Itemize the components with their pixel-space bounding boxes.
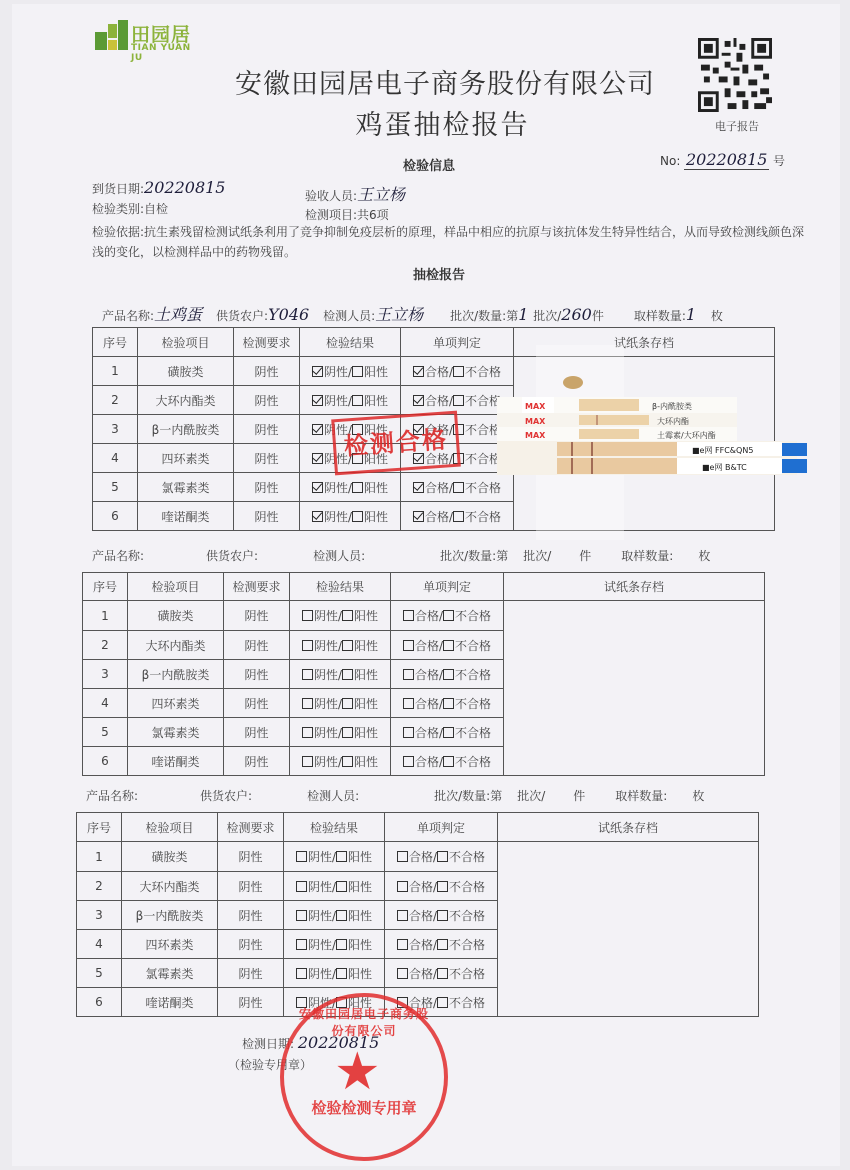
positive-label: 阳性: [354, 755, 378, 769]
pass-checkbox[interactable]: [397, 968, 408, 979]
table-row: 1磺胺类阴性阴性/阳性合格/不合格: [77, 842, 759, 872]
pass-label: 合格: [415, 755, 439, 769]
pass-checkbox[interactable]: [403, 610, 414, 621]
table-header-row: 序号检验项目检测要求检验结果单项判定试纸条存档: [77, 813, 759, 842]
column-header: 序号: [83, 573, 128, 601]
result-cell: 阴性/阳性: [284, 959, 385, 988]
basis-label: 检验依据:: [92, 225, 144, 239]
positive-checkbox[interactable]: [342, 698, 353, 709]
result-cell: 阴性/阳性: [300, 473, 401, 502]
batch_no-value: 1: [518, 305, 533, 324]
pass-label: 合格: [409, 880, 433, 894]
positive-label: 阳性: [364, 510, 388, 524]
negative-checkbox[interactable]: [296, 910, 307, 921]
inspector-label: 检测人员:: [313, 549, 365, 563]
table-row: 1磺胺类阴性阴性/阳性合格/不合格: [83, 601, 765, 631]
negative-checkbox[interactable]: [296, 968, 307, 979]
receiver-label: 验收人员:: [305, 189, 357, 203]
positive-checkbox[interactable]: [342, 669, 353, 680]
seal-bottom-text: 检验检测专用章: [284, 1097, 444, 1118]
pass-label: 合格: [415, 668, 439, 682]
batch-mid-label: 批次/: [517, 789, 545, 803]
batch-label: 批次/数量:第: [434, 789, 502, 803]
negative-checkbox[interactable]: [296, 851, 307, 862]
fail-label: 不合格: [449, 880, 485, 894]
positive-checkbox[interactable]: [342, 640, 353, 651]
arrival-date: 到货日期:20220815: [92, 178, 225, 197]
test-item: 氯霉素类: [128, 718, 224, 747]
result-cell: 阴性/阳性: [290, 689, 391, 718]
fail-label: 不合格: [465, 481, 501, 495]
fail-checkbox[interactable]: [437, 939, 448, 950]
items-value: 共6项: [357, 208, 389, 222]
negative-checkbox[interactable]: [302, 727, 313, 738]
requirement: 阴性: [218, 959, 284, 988]
column-header: 单项判定: [385, 813, 498, 842]
sample-unit: 枚: [711, 309, 723, 323]
positive-checkbox[interactable]: [342, 610, 353, 621]
judge-cell: 合格/不合格: [385, 872, 498, 901]
test-item: 磺胺类: [128, 601, 224, 631]
pass-label: 合格: [409, 967, 433, 981]
fail-checkbox[interactable]: [453, 511, 464, 522]
official-seal: 安徽田园居电子商务股份有限公司 ★ 检验检测专用章: [280, 993, 448, 1161]
result-cell: 阴性/阳性: [300, 357, 401, 386]
pass-checkbox[interactable]: [403, 640, 414, 651]
negative-label: 阴性: [308, 938, 332, 952]
positive-label: 阳性: [354, 697, 378, 711]
fail-checkbox[interactable]: [443, 669, 454, 680]
positive-checkbox[interactable]: [336, 939, 347, 950]
positive-label: 阳性: [364, 394, 388, 408]
strip-archive-cell: [504, 601, 765, 776]
negative-label: 阴性: [324, 510, 348, 524]
positive-checkbox[interactable]: [336, 968, 347, 979]
report-number-suffix: 号: [773, 154, 785, 168]
positive-checkbox[interactable]: [352, 482, 363, 493]
pass-label: 合格: [425, 365, 449, 379]
fail-label: 不合格: [449, 967, 485, 981]
supplier-label: 供货农户:: [200, 789, 252, 803]
negative-label: 阴性: [314, 609, 338, 623]
negative-label: 阴性: [308, 850, 332, 864]
judge-cell: 合格/不合格: [391, 631, 504, 660]
requirement: 阴性: [218, 930, 284, 959]
requirement: 阴性: [224, 718, 290, 747]
pass-label: 合格: [425, 394, 449, 408]
arrival-date-value: 20220815: [144, 178, 225, 197]
fail-checkbox[interactable]: [453, 395, 464, 406]
positive-label: 阳性: [348, 850, 372, 864]
negative-checkbox[interactable]: [296, 881, 307, 892]
table-header-row: 序号检验项目检测要求检验结果单项判定试纸条存档: [93, 328, 775, 357]
fail-checkbox[interactable]: [453, 366, 464, 377]
product-value: 土鸡蛋: [154, 302, 216, 325]
column-header: 检验结果: [284, 813, 385, 842]
positive-label: 阳性: [348, 967, 372, 981]
column-header: 序号: [77, 813, 122, 842]
column-header: 检验项目: [138, 328, 234, 357]
sample-label: 取样数量:: [615, 789, 667, 803]
pass-label: 合格: [409, 909, 433, 923]
requirement: 阴性: [234, 473, 300, 502]
row-number: 6: [77, 988, 122, 1017]
judge-cell: 合格/不合格: [401, 502, 514, 531]
positive-label: 阳性: [364, 365, 388, 379]
result-cell: 阴性/阳性: [284, 872, 385, 901]
company-logo: 田园居 TIAN YUAN JU: [95, 20, 205, 56]
pass-checkbox[interactable]: [397, 910, 408, 921]
judge-cell: 合格/不合格: [385, 959, 498, 988]
result-cell: 阴性/阳性: [284, 901, 385, 930]
column-header: 检测要求: [234, 328, 300, 357]
inspection-category: 检验类别:自检: [92, 200, 168, 217]
negative-label: 阴性: [324, 365, 348, 379]
judge-cell: 合格/不合格: [391, 747, 504, 776]
test-item: 四环素类: [128, 689, 224, 718]
requirement: 阴性: [218, 842, 284, 872]
judge-cell: 合格/不合格: [391, 689, 504, 718]
column-header: 检验结果: [300, 328, 401, 357]
report-number-value: 20220815: [684, 150, 769, 170]
batch-label: 批次/数量:第: [450, 309, 518, 323]
svg-text:■e网 FFC&QN5: ■e网 FFC&QN5: [692, 446, 753, 455]
row-number: 3: [77, 901, 122, 930]
fail-label: 不合格: [449, 996, 485, 1010]
batch-unit: 件: [573, 789, 585, 803]
negative-label: 阴性: [314, 639, 338, 653]
negative-label: 阴性: [314, 726, 338, 740]
fail-checkbox[interactable]: [443, 727, 454, 738]
report-section-title: 抽检报告: [413, 264, 465, 283]
seal-ring-text: 安徽田园居电子商务股份有限公司: [294, 1005, 434, 1039]
requirement: 阴性: [218, 988, 284, 1017]
fail-label: 不合格: [465, 365, 501, 379]
star-icon: ★: [334, 1042, 381, 1102]
supplier-label: 供货农户:: [216, 309, 268, 323]
inspector-value: 王立杨: [375, 302, 450, 325]
fail-checkbox[interactable]: [437, 997, 448, 1008]
negative-checkbox[interactable]: [302, 640, 313, 651]
pass-checkbox[interactable]: [403, 698, 414, 709]
row-number: 2: [83, 631, 128, 660]
inspection-table: 序号检验项目检测要求检验结果单项判定试纸条存档1磺胺类阴性阴性/阳性合格/不合格…: [76, 812, 759, 1017]
positive-label: 阳性: [354, 668, 378, 682]
requirement: 阴性: [234, 415, 300, 444]
pass-stamp: 检测合格: [331, 411, 461, 476]
result-cell: 阴性/阳性: [290, 601, 391, 631]
pass-checkbox[interactable]: [413, 511, 424, 522]
negative-checkbox[interactable]: [312, 482, 323, 493]
inspector-label: 检测人员:: [307, 789, 359, 803]
fail-label: 不合格: [455, 639, 491, 653]
report-number-label: No:: [660, 154, 680, 168]
table-header-row: 序号检验项目检测要求检验结果单项判定试纸条存档: [83, 573, 765, 601]
pass-checkbox[interactable]: [413, 395, 424, 406]
positive-checkbox[interactable]: [342, 727, 353, 738]
test-item: 氯霉素类: [122, 959, 218, 988]
requirement: 阴性: [224, 660, 290, 689]
test-item: 磺胺类: [122, 842, 218, 872]
svg-text:大环内酯: 大环内酯: [657, 416, 689, 426]
pass-label: 合格: [409, 938, 433, 952]
sample-fragment: [563, 376, 583, 389]
row-number: 5: [77, 959, 122, 988]
row-number: 1: [83, 601, 128, 631]
column-header: 序号: [93, 328, 138, 357]
test-item: 磺胺类: [138, 357, 234, 386]
row-number: 6: [93, 502, 138, 531]
column-header: 检测要求: [218, 813, 284, 842]
result-cell: 阴性/阳性: [284, 930, 385, 959]
negative-label: 阴性: [308, 967, 332, 981]
logo-text-en: TIAN YUAN JU: [131, 43, 205, 63]
fail-checkbox[interactable]: [443, 640, 454, 651]
negative-checkbox[interactable]: [312, 424, 323, 435]
judge-cell: 合格/不合格: [391, 660, 504, 689]
result-cell: 阴性/阳性: [290, 747, 391, 776]
receiver: 验收人员:王立杨: [305, 182, 405, 205]
test-item: 氯霉素类: [138, 473, 234, 502]
table-row: 1磺胺类阴性阴性/阳性合格/不合格: [93, 357, 775, 386]
row-number: 4: [83, 689, 128, 718]
negative-checkbox[interactable]: [296, 939, 307, 950]
requirement: 阴性: [224, 747, 290, 776]
fail-label: 不合格: [455, 697, 491, 711]
positive-label: 阳性: [364, 481, 388, 495]
positive-checkbox[interactable]: [342, 756, 353, 767]
sample-label: 取样数量:: [634, 309, 686, 323]
result-cell: 阴性/阳性: [290, 631, 391, 660]
svg-text:MAX: MAX: [525, 417, 546, 426]
supplier-value: Y046: [268, 305, 323, 324]
items-label: 检测项目:: [305, 208, 357, 222]
row-number: 4: [93, 444, 138, 473]
category-label: 检验类别:: [92, 202, 144, 216]
svg-text:MAX: MAX: [525, 402, 546, 411]
fail-label: 不合格: [449, 938, 485, 952]
test-item: β一内酰胺类: [128, 660, 224, 689]
fail-checkbox[interactable]: [453, 482, 464, 493]
fail-label: 不合格: [465, 423, 501, 437]
requirement: 阴性: [218, 872, 284, 901]
positive-checkbox[interactable]: [336, 910, 347, 921]
judge-cell: 合格/不合格: [401, 357, 514, 386]
positive-checkbox[interactable]: [352, 366, 363, 377]
result-cell: 阴性/阳性: [284, 842, 385, 872]
row-number: 4: [77, 930, 122, 959]
requirement: 阴性: [224, 631, 290, 660]
test-items: 检测项目:共6项: [305, 206, 389, 223]
column-header: 检验结果: [290, 573, 391, 601]
e-report-label: 电子报告: [700, 118, 774, 134]
block-meta: 产品名称:供货农户:检测人员:批次/数量:第批次/件取样数量:枚: [92, 547, 782, 564]
positive-label: 阳性: [348, 938, 372, 952]
pass-label: 合格: [415, 639, 439, 653]
pass-checkbox[interactable]: [397, 881, 408, 892]
result-cell: 阴性/阳性: [290, 660, 391, 689]
test-item: 四环素类: [138, 444, 234, 473]
row-number: 3: [83, 660, 128, 689]
fail-checkbox[interactable]: [443, 756, 454, 767]
fail-label: 不合格: [455, 609, 491, 623]
fail-checkbox[interactable]: [437, 968, 448, 979]
positive-checkbox[interactable]: [352, 395, 363, 406]
batch-mid-label: 批次/: [523, 549, 551, 563]
product-label: 产品名称:: [102, 309, 154, 323]
requirement: 阴性: [234, 502, 300, 531]
qr-code-icon: [698, 38, 772, 112]
fail-label: 不合格: [465, 394, 501, 408]
test-item: 喹诺酮类: [122, 988, 218, 1017]
pass-label: 合格: [425, 481, 449, 495]
sample_qty-value: 1: [686, 305, 711, 324]
fail-checkbox[interactable]: [437, 851, 448, 862]
category-value: 自检: [144, 202, 168, 216]
column-header: 试纸条存档: [498, 813, 759, 842]
svg-text:土霉素/大环内酯: 土霉素/大环内酯: [657, 430, 716, 440]
pass-label: 合格: [415, 697, 439, 711]
negative-checkbox[interactable]: [302, 756, 313, 767]
negative-label: 阴性: [314, 697, 338, 711]
requirement: 阴性: [234, 386, 300, 415]
test-item: 大环内酯类: [138, 386, 234, 415]
test-strips-image: MAX β-内酰胺类 MAX 大环内酯 MAX 土霉素/大环内酯 ■e网 FFC…: [497, 395, 807, 495]
requirement: 阴性: [234, 357, 300, 386]
basis-text: 抗生素残留检测试纸条利用了竞争抑制免疫层析的原理，样品中相应的抗原与该抗体发生特…: [92, 225, 804, 259]
fail-label: 不合格: [455, 755, 491, 769]
judge-cell: 合格/不合格: [391, 601, 504, 631]
negative-label: 阴性: [314, 755, 338, 769]
negative-checkbox[interactable]: [312, 366, 323, 377]
fail-label: 不合格: [449, 909, 485, 923]
svg-text:β-内酰胺类: β-内酰胺类: [652, 401, 692, 411]
block-meta: 产品名称:供货农户:检测人员:批次/数量:第批次/件取样数量:枚: [86, 787, 776, 804]
positive-label: 阳性: [348, 909, 372, 923]
fail-checkbox[interactable]: [443, 610, 454, 621]
negative-label: 阴性: [324, 481, 348, 495]
row-number: 2: [93, 386, 138, 415]
fail-checkbox[interactable]: [443, 698, 454, 709]
sample-label: 取样数量:: [621, 549, 673, 563]
negative-checkbox[interactable]: [312, 511, 323, 522]
judge-cell: 合格/不合格: [385, 842, 498, 872]
positive-label: 阳性: [354, 639, 378, 653]
batch-unit: 件: [579, 549, 591, 563]
fail-label: 不合格: [455, 726, 491, 740]
receiver-value: 王立杨: [357, 185, 405, 204]
judge-cell: 合格/不合格: [385, 930, 498, 959]
column-header: 单项判定: [391, 573, 504, 601]
requirement: 阴性: [224, 601, 290, 631]
test-item: 大环内酯类: [128, 631, 224, 660]
negative-label: 阴性: [308, 880, 332, 894]
positive-label: 阳性: [354, 609, 378, 623]
fail-checkbox[interactable]: [437, 910, 448, 921]
requirement: 阴性: [218, 901, 284, 930]
negative-label: 阴性: [314, 668, 338, 682]
test-item: β一内酰胺类: [122, 901, 218, 930]
pass-checkbox[interactable]: [397, 939, 408, 950]
fail-label: 不合格: [455, 668, 491, 682]
negative-checkbox[interactable]: [312, 395, 323, 406]
positive-checkbox[interactable]: [352, 511, 363, 522]
pass-checkbox[interactable]: [397, 851, 408, 862]
column-header: 试纸条存档: [504, 573, 765, 601]
row-number: 1: [93, 357, 138, 386]
inspection-basis: 检验依据:抗生素残留检测试纸条利用了竞争抑制免疫层析的原理，样品中相应的抗原与该…: [92, 222, 812, 262]
test-item: 喹诺酮类: [128, 747, 224, 776]
fail-checkbox[interactable]: [437, 881, 448, 892]
fail-label: 不合格: [449, 850, 485, 864]
negative-checkbox[interactable]: [312, 453, 323, 464]
batch-unit: 件: [592, 309, 604, 323]
pass-label: 合格: [409, 850, 433, 864]
batch-mid-label: 批次/: [533, 309, 561, 323]
positive-label: 阳性: [348, 880, 372, 894]
negative-label: 阴性: [324, 394, 348, 408]
svg-text:■e网 B&TC: ■e网 B&TC: [702, 463, 747, 472]
sample-unit: 枚: [692, 789, 704, 803]
sample-unit: 枚: [698, 549, 710, 563]
positive-checkbox[interactable]: [336, 881, 347, 892]
block-meta: 产品名称:土鸡蛋供货农户:Y046检测人员:王立杨批次/数量:第1批次/260件…: [102, 302, 792, 325]
supplier-label: 供货农户:: [206, 549, 258, 563]
negative-checkbox[interactable]: [302, 669, 313, 680]
fail-label: 不合格: [465, 452, 501, 466]
pass-label: 合格: [415, 609, 439, 623]
fail-label: 不合格: [465, 510, 501, 524]
test-item: 大环内酯类: [122, 872, 218, 901]
inspection-table: 序号检验项目检测要求检验结果单项判定试纸条存档1磺胺类阴性阴性/阳性合格/不合格…: [82, 572, 765, 776]
pass-checkbox[interactable]: [403, 727, 414, 738]
positive-checkbox[interactable]: [336, 851, 347, 862]
column-header: 检测要求: [224, 573, 290, 601]
negative-checkbox[interactable]: [302, 698, 313, 709]
column-header: 检验项目: [122, 813, 218, 842]
test-item: 四环素类: [122, 930, 218, 959]
result-cell: 阴性/阳性: [290, 718, 391, 747]
test-item: 喹诺酮类: [138, 502, 234, 531]
strip-archive-cell: [498, 842, 759, 1017]
judge-cell: 合格/不合格: [385, 901, 498, 930]
row-number: 5: [83, 718, 128, 747]
row-number: 6: [83, 747, 128, 776]
info-section-title: 检验信息: [403, 155, 455, 174]
report-number: No: 20220815 号: [660, 150, 785, 170]
row-number: 1: [77, 842, 122, 872]
inspector-label: 检测人员:: [323, 309, 375, 323]
column-header: 检验项目: [128, 573, 224, 601]
pass-checkbox[interactable]: [403, 756, 414, 767]
column-header: 单项判定: [401, 328, 514, 357]
svg-text:MAX: MAX: [525, 431, 546, 440]
row-number: 2: [77, 872, 122, 901]
pass-checkbox[interactable]: [413, 366, 424, 377]
pass-checkbox[interactable]: [413, 482, 424, 493]
requirement: 阴性: [234, 444, 300, 473]
batch_qty-value: 260: [561, 305, 592, 324]
result-cell: 阴性/阳性: [300, 502, 401, 531]
requirement: 阴性: [224, 689, 290, 718]
negative-label: 阴性: [308, 909, 332, 923]
product-label: 产品名称:: [92, 549, 144, 563]
negative-checkbox[interactable]: [302, 610, 313, 621]
pass-checkbox[interactable]: [403, 669, 414, 680]
test-item: β一内酰胺类: [138, 415, 234, 444]
judge-cell: 合格/不合格: [391, 718, 504, 747]
positive-label: 阳性: [354, 726, 378, 740]
